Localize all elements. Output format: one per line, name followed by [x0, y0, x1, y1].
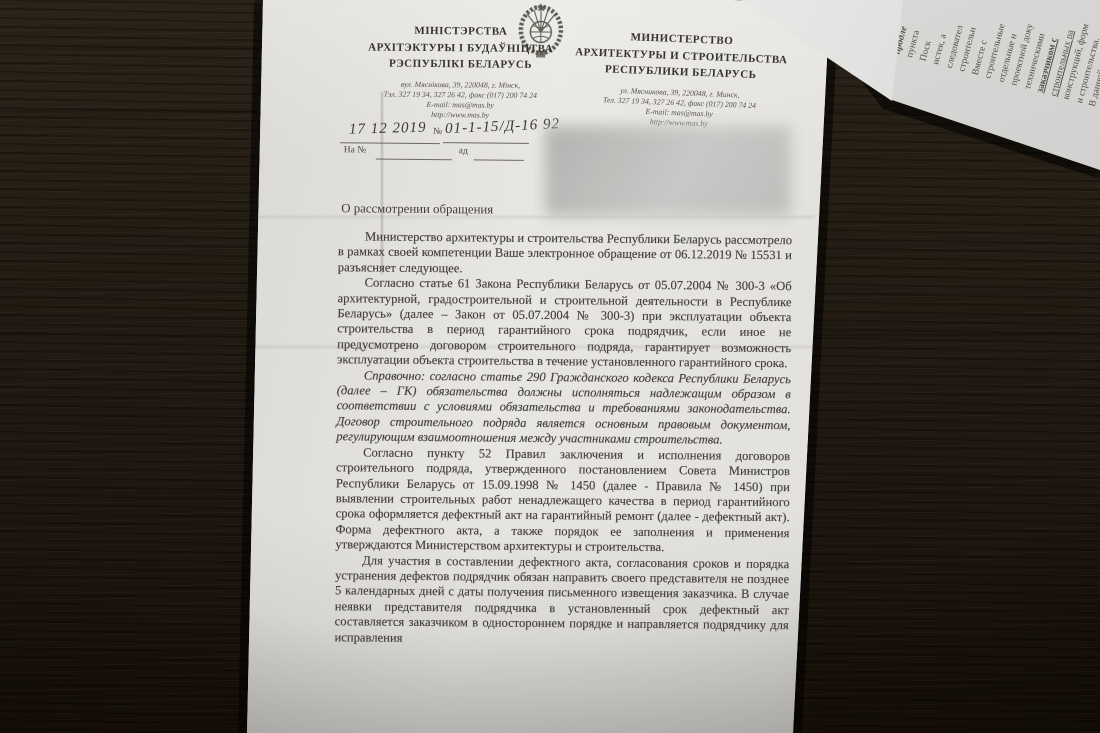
paragraph-defect-act: Для участия в составлении дефектного акт… — [335, 553, 790, 649]
photo-of-letter-on-desk: МІНІСТЭРСТВА АРХІТЭКТУРЫ І БУДАЎНІЦТВА Р… — [0, 0, 1100, 733]
letter-subject: О рассмотрении обращения — [341, 201, 493, 217]
paragraph-intro: Министерство архитектуры и строительства… — [338, 229, 792, 279]
ministry-address-by: вул. Мяснікова, 39, 220048, г. Мінск, Тэ… — [332, 79, 588, 121]
letterhead-belarusian: МІНІСТЭРСТВА АРХІТЭКТУРЫ І БУДАЎНІЦТВА Р… — [332, 22, 589, 121]
handwritten-date: 17 12 2019 — [349, 120, 427, 139]
reply-date-blank — [474, 158, 524, 160]
paragraph-reference-note: Справочно: согласно статье 290 Гражданск… — [336, 368, 791, 449]
ministry-name-ru: МИНИСТЕРСТВО АРХИТЕКТУРЫ И СТРОИТЕЛЬСТВА… — [555, 26, 807, 85]
number-sign: № — [433, 127, 442, 137]
number-underline — [443, 141, 529, 144]
reply-date-label: ад — [459, 146, 468, 156]
handwritten-outgoing-number: 01-1-15/Д-16 92 — [445, 116, 561, 138]
paragraph-rules-1450: Согласно пункту 52 Правил заключения и и… — [335, 445, 790, 557]
letterhead-russian: МИНИСТЕРСТВО АРХИТЕКТУРЫ И СТРОИТЕЛЬСТВА… — [554, 26, 808, 132]
reply-to-label: На № — [344, 145, 367, 155]
paragraph-law-300-3: Согласно статье 61 Закона Республики Бел… — [337, 275, 792, 371]
redacted-recipient-blur — [545, 126, 791, 216]
letter-body: Министерство архитектуры и строительства… — [335, 229, 793, 649]
ministry-name-by: МІНІСТЭРСТВА АРХІТЭКТУРЫ І БУДАЎНІЦТВА Р… — [333, 22, 589, 74]
reply-number-blank — [376, 158, 452, 161]
date-underline — [340, 141, 440, 144]
